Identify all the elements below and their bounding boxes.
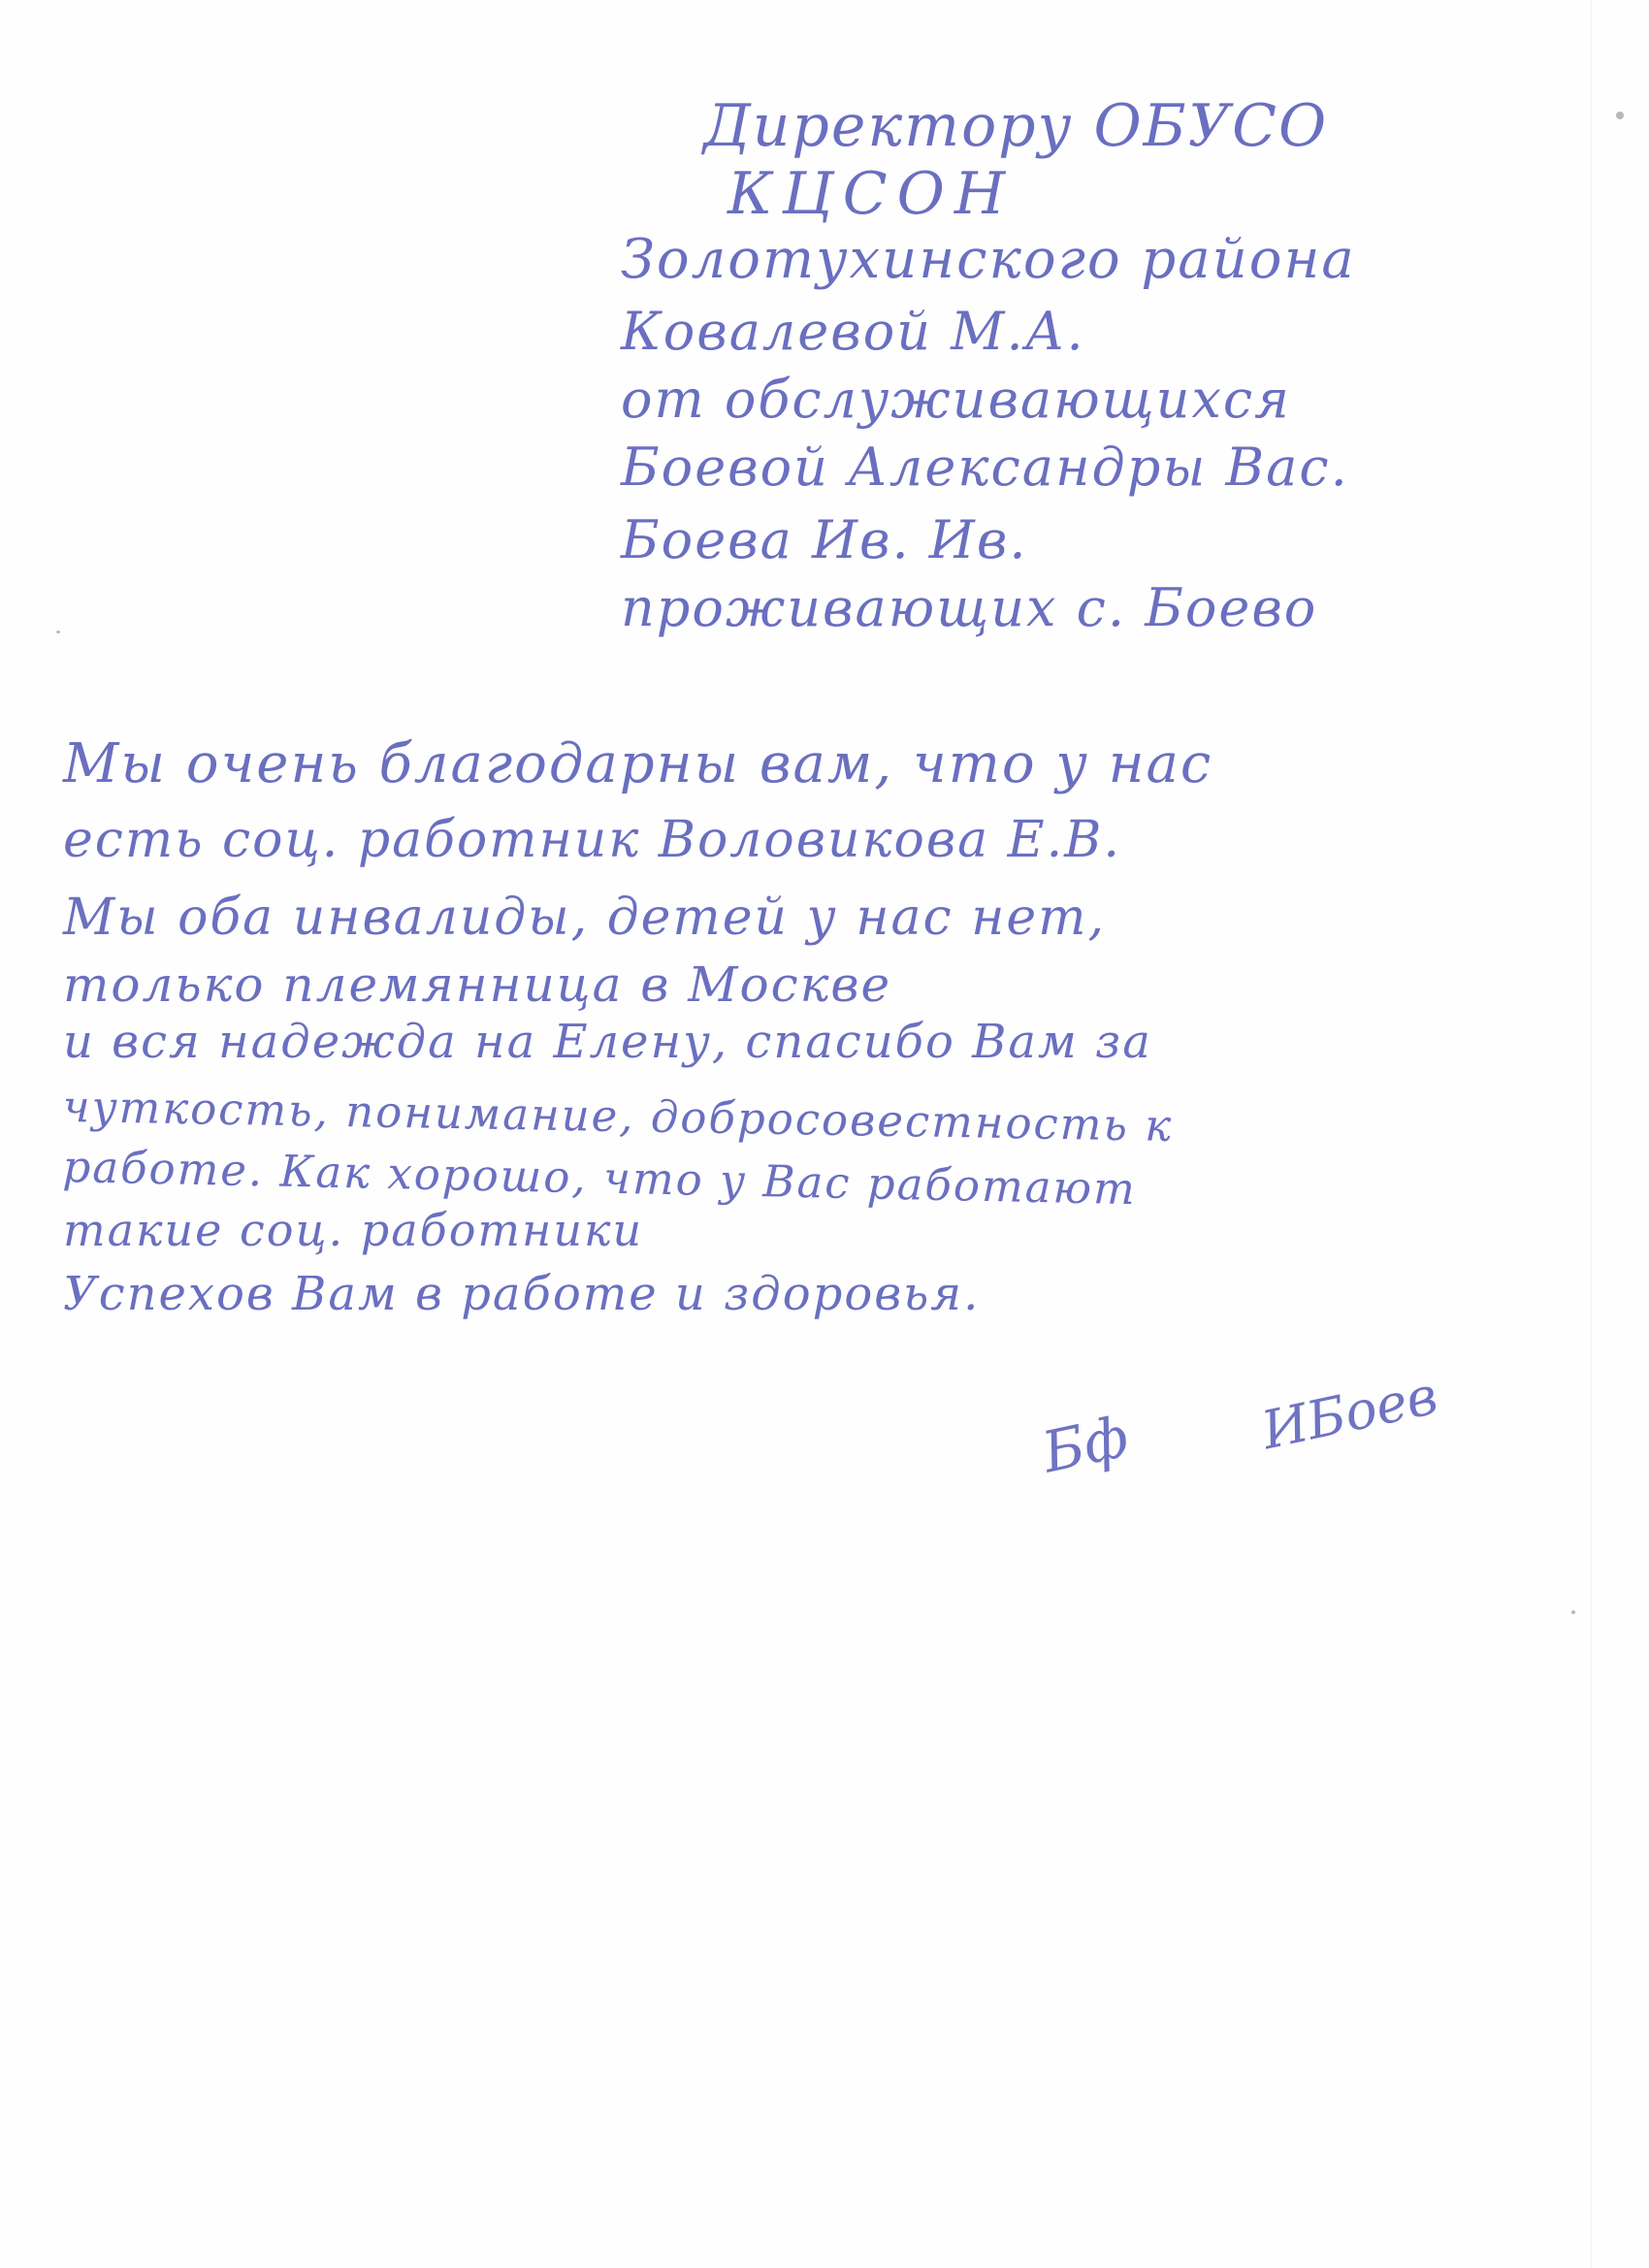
scan-speck: [1616, 112, 1624, 119]
header-line-director-name: Ковалевой М.А.: [621, 306, 1085, 358]
body-line-3: Мы оба инвалиды, детей у нас нет,: [63, 892, 1106, 943]
scan-fold-line: [1591, 0, 1592, 2268]
header-line-from: от обслуживающихся: [621, 373, 1291, 426]
scan-speck: [1571, 1610, 1575, 1614]
body-line-8: такие соц. работники: [63, 1208, 643, 1252]
body-line-1: Мы очень благодарны вам, что у нас: [63, 737, 1212, 792]
header-line-sender-2: Боева Ив. Ив.: [621, 514, 1027, 567]
body-line-7: работе. Как хорошо, что у Вас работают: [62, 1145, 1137, 1211]
body-line-5: и вся надежда на Елену, спасибо Вам за: [63, 1019, 1152, 1065]
scan-speck: [56, 631, 60, 633]
header-line-sender-1: Боевой Александры Вас.: [621, 441, 1349, 494]
signature-1: Бф: [1037, 1404, 1134, 1486]
header-line-addressee-title: Директору ОБУСО: [703, 97, 1328, 155]
header-line-organization: КЦСОН: [727, 165, 1015, 223]
scanned-letter-page: Директору ОБУСО КЦСОН Золотухинского рай…: [0, 0, 1649, 2268]
body-line-6: чуткость, понимание, добросовестность к: [62, 1085, 1173, 1148]
header-line-district: Золотухинского района: [621, 233, 1356, 287]
body-line-9: Успехов Вам в работе и здоровья.: [63, 1271, 980, 1317]
body-line-4: только племянница в Москве: [63, 960, 891, 1009]
body-line-2: есть соц. работник Воловикова Е.В.: [63, 815, 1121, 865]
signature-2: ИБоев: [1256, 1365, 1442, 1462]
header-line-residence: проживающих с. Боево: [621, 582, 1317, 634]
